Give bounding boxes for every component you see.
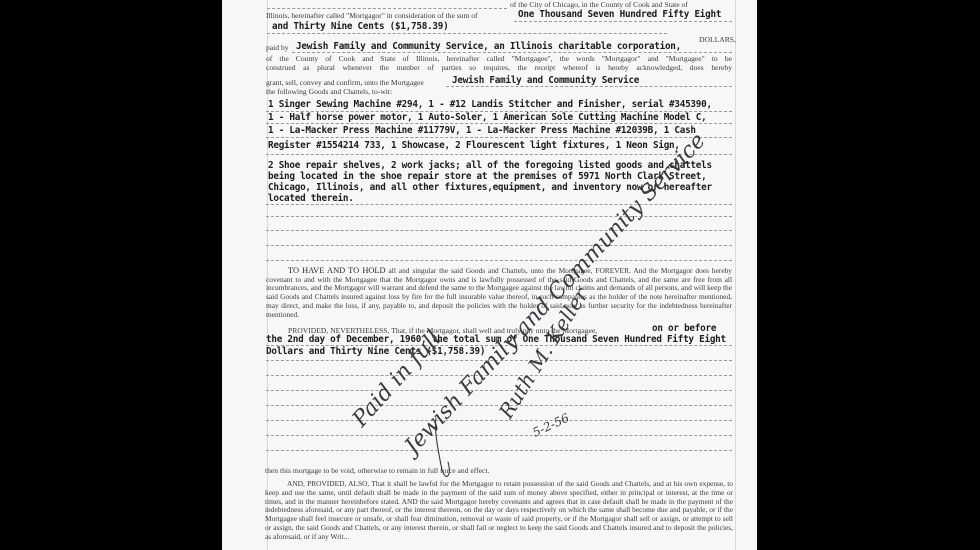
fill-rule xyxy=(266,154,732,155)
fill-rule xyxy=(266,435,732,436)
fill-rule xyxy=(292,52,732,53)
fill-rule xyxy=(266,260,732,261)
paid-by-label: paid by xyxy=(266,43,289,52)
fill-rule xyxy=(266,420,732,421)
also-text: That it shall be lawful for the Mortgago… xyxy=(265,479,733,541)
county-text-2: construed as plural whenever the number … xyxy=(266,63,732,72)
fill-rule xyxy=(266,123,732,124)
habendum-lead: TO HAVE AND TO HOLD xyxy=(288,266,386,275)
proviso-due-date: the 2nd day of December, 1960, the total… xyxy=(266,334,726,345)
header-line2: Illinois, hereinafter called "Mortgagor"… xyxy=(266,11,478,20)
goods-line: 1 - La-Macker Press Machine #11779V, 1 -… xyxy=(268,125,696,136)
fill-rule xyxy=(266,390,732,391)
grant-label: grant, sell, convey and confirm, unto th… xyxy=(266,78,424,87)
amount-words-a: One Thousand Seven Hundred Fifty Eight xyxy=(518,9,721,20)
scanned-document-page: of the City of Chicago, in the County of… xyxy=(222,0,757,550)
fill-rule xyxy=(266,230,732,231)
blank-rule xyxy=(267,8,507,9)
also-lead: AND, PROVIDED, ALSO, xyxy=(287,479,369,488)
habendum-clause: TO HAVE AND TO HOLD all and singular the… xyxy=(266,267,732,319)
fill-rule xyxy=(266,204,732,205)
goods-line: 1 - Half horse power motor, 1 Auto-Soler… xyxy=(268,112,706,123)
fill-rule xyxy=(266,375,732,376)
void-clause: then this mortgage to be void, otherwise… xyxy=(265,466,489,475)
fill-rule xyxy=(266,245,732,246)
goods-line: 2 Shoe repair shelves, 2 work jacks; all… xyxy=(268,160,712,171)
amount-words-b: and Thirty Nine Cents ($1,758.39) xyxy=(272,21,448,32)
goods-line: located therein. xyxy=(268,193,354,204)
fill-rule xyxy=(514,21,732,22)
goods-line: being located in the shoe repair store a… xyxy=(268,171,706,182)
goods-line: Register #1554214 733, 1 Showcase, 2 Flo… xyxy=(268,140,680,151)
fill-rule xyxy=(266,360,732,361)
goods-label: the following Goods and Chattels, to-wit… xyxy=(266,87,392,96)
fill-rule xyxy=(266,137,732,138)
county-text-1: of the County of Cook and State of Illin… xyxy=(266,54,732,63)
mortgagee-value: Jewish Family and Community Service xyxy=(452,75,639,86)
goods-line: 1 Singer Sewing Machine #294, 1 - #12 La… xyxy=(268,99,712,110)
habendum-text: all and singular the said Goods and Chat… xyxy=(266,266,732,319)
dollars-label: DOLLARS, xyxy=(699,35,736,44)
also-clause: AND, PROVIDED, ALSO, That it shall be la… xyxy=(265,480,733,542)
fill-rule xyxy=(267,33,667,34)
page-fold-line xyxy=(735,0,736,550)
proviso-on-or-before: on or before xyxy=(652,323,716,334)
paid-by-value: Jewish Family and Community Service, an … xyxy=(296,41,681,52)
goods-line: Chicago, Illinois, and all other fixture… xyxy=(268,182,712,193)
fill-rule xyxy=(266,216,732,217)
fill-rule xyxy=(266,450,732,451)
header-line1: of the City of Chicago, in the County of… xyxy=(510,0,688,9)
proviso-amount: Dollars and Thirty Nine Cents ($1,758.39… xyxy=(266,346,485,357)
fill-rule xyxy=(266,345,732,346)
fill-rule xyxy=(446,86,732,87)
fill-rule xyxy=(266,405,732,406)
